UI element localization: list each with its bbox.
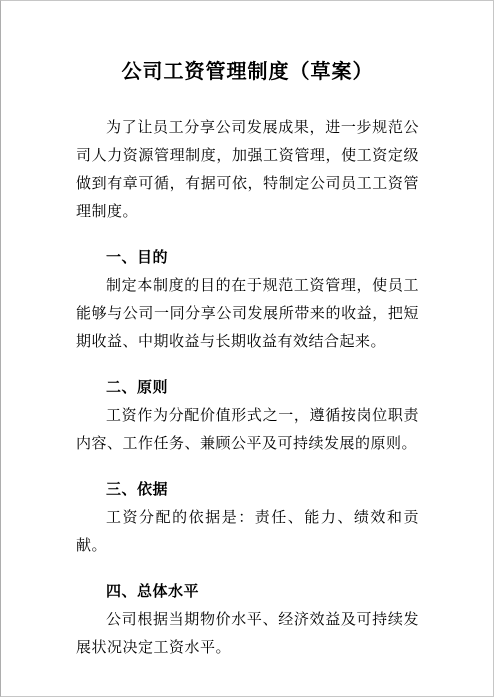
section-basis: 三、依据 工资分配的依据是：责任、能力、绩效和贡献。 (76, 476, 419, 560)
section-paragraph-purpose: 制定本制度的目的在于规范工资管理，使员工能够与公司一同分享公司发展所带来的收益，… (76, 272, 419, 356)
section-paragraph-principles: 工资作为分配价值形式之一，遵循按岗位职责内容、工作任务、兼顾公平及可持续发展的原… (76, 402, 419, 458)
section-heading-purpose: 一、目的 (76, 244, 419, 272)
document-title: 公司工资管理制度（草案） (76, 57, 419, 87)
section-purpose: 一、目的 制定本制度的目的在于规范工资管理，使员工能够与公司一同分享公司发展所带… (76, 244, 419, 356)
section-overall-level: 四、总体水平 公司根据当期物价水平、经济效益及可持续发展状况决定工资水平。 (76, 578, 419, 662)
section-heading-principles: 二、原则 (76, 374, 419, 402)
document-page: 公司工资管理制度（草案） 为了让员工分享公司发展成果，进一步规范公司人力资源管理… (0, 0, 494, 697)
section-heading-basis: 三、依据 (76, 476, 419, 504)
section-heading-overall-level: 四、总体水平 (76, 578, 419, 606)
section-principles: 二、原则 工资作为分配价值形式之一，遵循按岗位职责内容、工作任务、兼顾公平及可持… (76, 374, 419, 458)
section-paragraph-overall-level: 公司根据当期物价水平、经济效益及可持续发展状况决定工资水平。 (76, 606, 419, 662)
section-paragraph-basis: 工资分配的依据是：责任、能力、绩效和贡献。 (76, 504, 419, 560)
intro-paragraph: 为了让员工分享公司发展成果，进一步规范公司人力资源管理制度，加强工资管理，使工资… (76, 114, 419, 226)
